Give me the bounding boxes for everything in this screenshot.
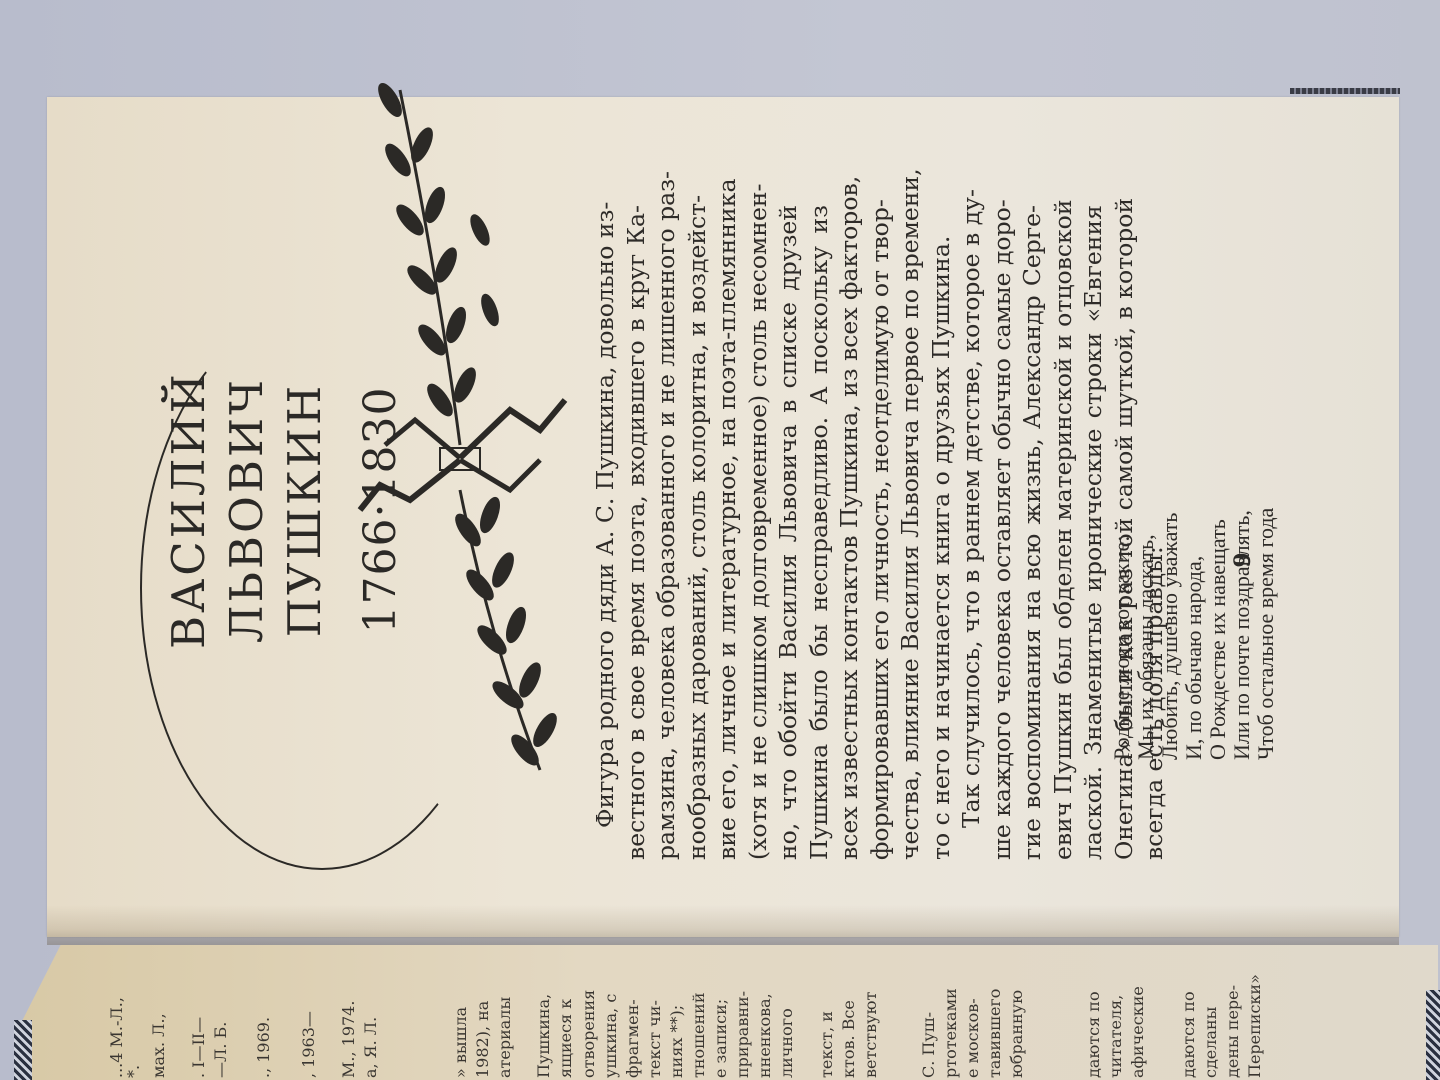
paragraph-1: Фигура родного дяди А. С. Пушкина, довол… — [590, 205, 956, 860]
poem-line: Родные люди вот какие: — [1110, 260, 1134, 760]
text-line: Так случилось, что в раннем детстве, кот… — [956, 205, 987, 860]
page-number: 9 — [1230, 110, 1256, 1010]
title-first-name: ВАСИЛИЙ — [160, 260, 218, 760]
text-line: Пушкина было бы несправедливо. А посколь… — [804, 205, 835, 860]
poem-line: И, по обычаю народа, — [1182, 260, 1206, 760]
text-line: формировавших его личность, неотделимую … — [865, 205, 896, 860]
text-line: вие его, личное и литературное, на поэта… — [712, 205, 743, 860]
body-text: Фигура родного дяди А. С. Пушкина, довол… — [590, 205, 1170, 860]
title-surname: ПУШКИН — [276, 260, 334, 760]
text-line: чества, влияние Василия Львовича первое … — [895, 205, 926, 860]
laurel-wreath-with-ribbon-icon — [340, 70, 580, 790]
text-line: гие воспоминания на всю жизнь, Александр… — [1017, 205, 1048, 860]
text-line: лаской. Знаменитые иронические строки «Е… — [1078, 205, 1109, 860]
text-line: Фигура родного дяди А. С. Пушкина, довол… — [590, 205, 621, 860]
text-line: нообразных дарований, столь колоритна, и… — [682, 205, 713, 860]
poem-line: Любить, душевно уважать — [1158, 260, 1182, 760]
poem-line: Чтоб остальное время года — [1254, 260, 1278, 760]
page-content: ВАСИЛИЙ ЛЬВОВИЧ ПУШКИН 1766·1830 — [110, 110, 1290, 1010]
page-edge-strip — [1290, 88, 1400, 94]
title-patronymic: ЛЬВОВИЧ — [218, 260, 276, 760]
text-line: но, что обойти Василия Львовича в списке… — [773, 205, 804, 860]
text-line: вестного в свое время поэта, входившего … — [621, 205, 652, 860]
text-line: (хотя и не слишком долговременное) столь… — [743, 205, 774, 860]
poem-line: О Рождестве их навещать — [1206, 260, 1230, 760]
poem-line: Мы их обязаны ласкать, — [1134, 260, 1158, 760]
text-line: ше каждого человека оставляет обычно сам… — [987, 205, 1018, 860]
title-block: ВАСИЛИЙ ЛЬВОВИЧ ПУШКИН 1766·1830 — [110, 110, 530, 1010]
text-line: евич Пушкин был обделен материнской и от… — [1048, 205, 1079, 860]
text-line: рамзина, человека образованного и не лиш… — [651, 205, 682, 860]
text-line: то с него и начинается книга о друзьях П… — [926, 205, 957, 860]
cloth-binding-right — [1426, 990, 1440, 1080]
text-line: всех известных контактов Пушкина, из все… — [834, 205, 865, 860]
cloth-binding-left — [14, 1020, 32, 1080]
